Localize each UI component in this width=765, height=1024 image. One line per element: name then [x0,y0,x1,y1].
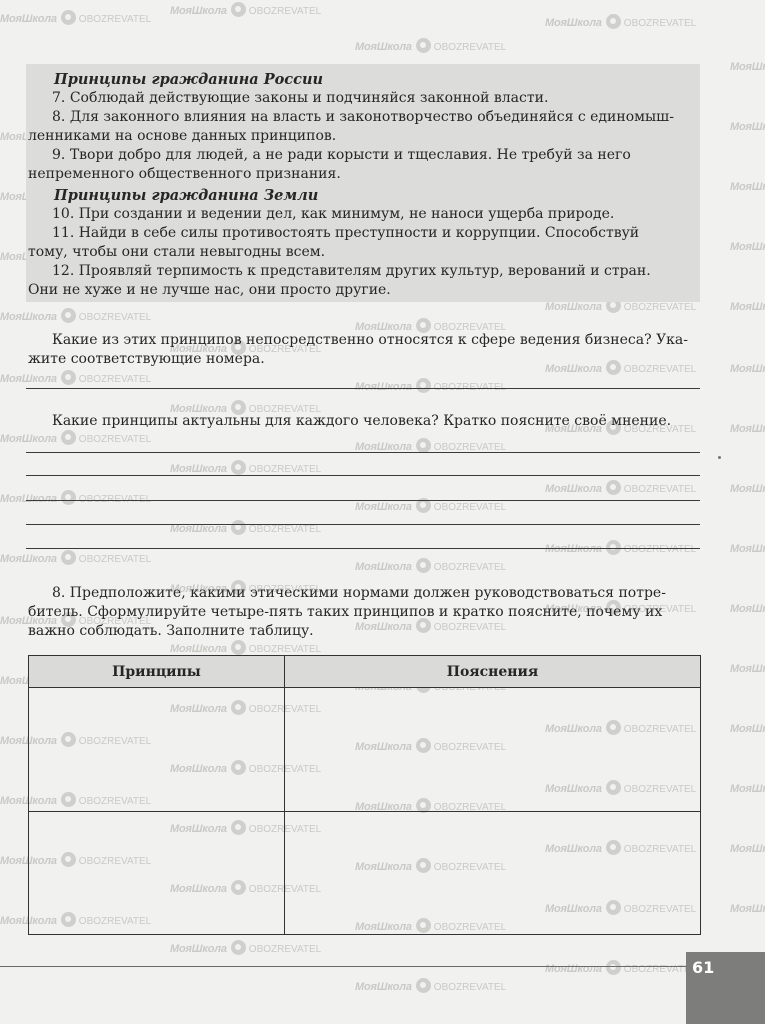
principle-12: 12. Проявляй терпимость к представителям… [28,262,692,281]
watermark: МояШколаOBOZREVATEL [545,960,696,975]
watermark: МояШколаOBOZREVATEL [730,840,765,855]
watermark: МояШколаOBOZREVATEL [355,38,506,53]
watermark: МояШколаOBOZREVATEL [355,978,506,993]
principle-11: 11. Найди в себе силы противостоять прес… [28,224,692,243]
task-8-line3: важно соблюдать. Заполните таблицу. [28,622,692,641]
principle-8-cont: ленниками на основе данных принципов. [28,127,692,146]
principle-9-cont: непременного общественного признания. [28,165,692,184]
task-8-line2: битель. Сформулируйте четыре-пять таких … [28,603,692,622]
principle-9: 9. Твори добро для людей, а не ради коры… [28,146,692,165]
watermark: МояШколаOBOZREVATEL [170,2,321,17]
watermark: МояШколаOBOZREVATEL [170,460,321,475]
watermark: МояШколаOBOZREVATEL [730,660,765,675]
watermark: МояШколаOBOZREVATEL [0,10,151,25]
question-business: Какие из этих принципов непосредственно … [28,331,692,350]
watermark: МояШколаOBOZREVATEL [170,640,321,655]
page-number: 61 [692,958,714,977]
answer-line-3[interactable] [26,500,700,501]
watermark: МояШколаOBOZREVATEL [730,118,765,133]
watermark: МояШколаOBOZREVATEL [545,14,696,29]
watermark: МояШколаOBOZREVATEL [730,178,765,193]
watermark: МояШколаOBOZREVATEL [730,360,765,375]
principle-10: 10. При создании и ведении дел, как мини… [28,205,692,224]
watermark: МояШколаOBOZREVATEL [0,370,151,385]
watermark: МояШколаOBOZREVATEL [730,600,765,615]
answer-line-2[interactable] [26,475,700,476]
watermark: МояШколаOBOZREVATEL [730,780,765,795]
watermark: МояШколаOBOZREVATEL [545,480,696,495]
speck [718,456,721,459]
watermark: МояШколаOBOZREVATEL [730,420,765,435]
watermark: МояШколаOBOZREVATEL [730,900,765,915]
watermark: МояШколаOBOZREVATEL [170,520,321,535]
watermark: МояШколаOBOZREVATEL [730,720,765,735]
principle-7: 7. Соблюдай действующие законы и подчиня… [28,89,692,108]
watermark: МояШколаOBOZREVATEL [355,438,506,453]
cell-principle-2[interactable] [29,811,285,935]
principle-8: 8. Для законного влияния на власть и зак… [28,108,692,127]
watermark: МояШколаOBOZREVATEL [0,550,151,565]
watermark: МояШколаOBOZREVATEL [730,58,765,73]
answer-line-4[interactable] [26,524,700,525]
cell-principle-1[interactable] [29,688,285,812]
header-explanations: Пояснения [285,656,701,688]
section-title-earth: Принципы гражданина Земли [54,186,318,205]
watermark: МояШколаOBOZREVATEL [170,940,321,955]
watermark: МояШколаOBOZREVATEL [0,430,151,445]
watermark: МояШколаOBOZREVATEL [0,308,151,323]
watermark: МояШколаOBOZREVATEL [730,480,765,495]
watermark: МояШколаOBOZREVATEL [730,540,765,555]
principle-11-cont: тому, чтобы они стали невыгодны всем. [28,243,692,262]
watermark: МояШколаOBOZREVATEL [730,298,765,313]
watermark: МояШколаOBOZREVATEL [355,378,506,393]
answer-line-business[interactable] [26,388,700,389]
footer-rule [0,966,686,967]
principles-table: Принципы Пояснения [28,655,701,935]
answer-line-1[interactable] [26,452,700,453]
section-title-russia: Принципы гражданина России [54,70,323,89]
cell-explanation-2[interactable] [285,811,701,935]
watermark: МояШколаOBOZREVATEL [730,238,765,253]
question-business-cont: жите соответствующие номера. [28,350,692,369]
watermark: МояШколаOBOZREVATEL [355,558,506,573]
question-everyone: Какие принципы актуальны для каждого чел… [28,412,692,431]
task-8: 8. Предположите, какими этическими норма… [28,584,692,603]
watermark: МояШколаOBOZREVATEL [0,490,151,505]
header-principles: Принципы [29,656,285,688]
answer-line-5[interactable] [26,548,700,549]
cell-explanation-1[interactable] [285,688,701,812]
principle-12-cont: Они не хуже и не лучше нас, они просто д… [28,281,692,300]
